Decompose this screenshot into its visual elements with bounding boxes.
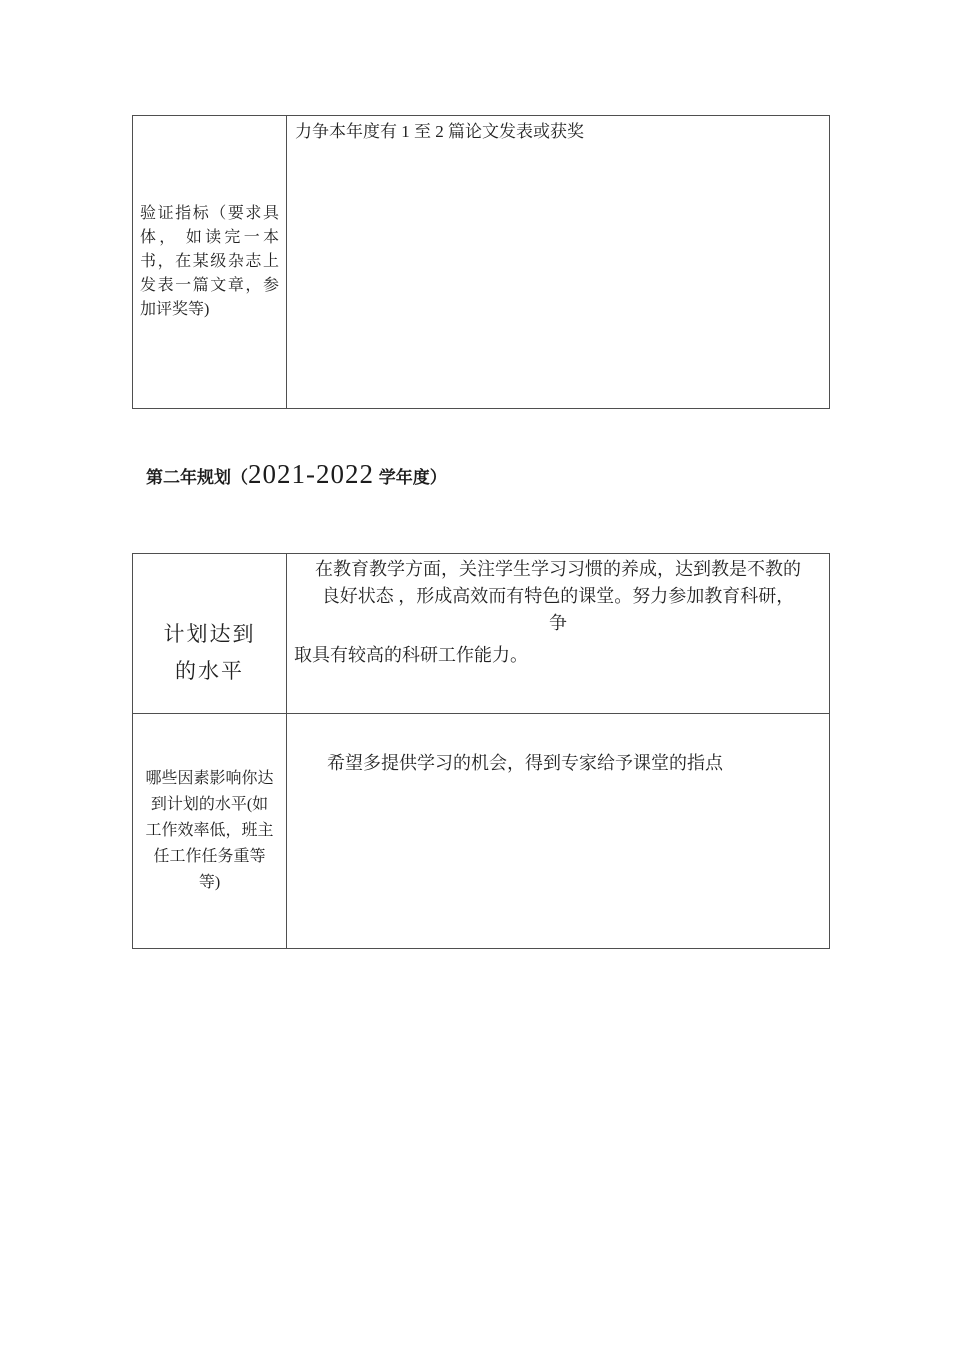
cell-verification-indicators-value: 力争本年度有 1 至 2 篇论文发表或获奖 [287, 116, 830, 409]
text-line: 书，在某级杂志上 [140, 250, 279, 274]
text-line: 发表一篇文章，参 [140, 274, 279, 298]
cell-influencing-factors-label: 哪些因素影响你达 到计划的水平(如 工作效率低，班主 任工作任务重等 等) [133, 714, 287, 949]
heading-year-range: 2021-2022 [248, 459, 374, 489]
document-page: 验证指标（要求具 体， 如读完一本 书，在某级杂志上 发表一篇文章，参 加评奖等… [0, 0, 960, 1357]
text-line: 验证指标（要求具 [140, 202, 279, 226]
text-line: 争 [292, 610, 824, 637]
text-line: 力争本年度有 1 至 2 篇论文发表或获奖 [295, 120, 821, 143]
cell-planned-level-label: 计划达到 的水平 [133, 554, 287, 714]
text-line: 的水平 [134, 653, 285, 690]
verification-indicators-table: 验证指标（要求具 体， 如读完一本 书，在某级杂志上 发表一篇文章，参 加评奖等… [132, 115, 830, 409]
text-line: 到计划的水平(如 [141, 792, 278, 818]
text-line: 良好状态 ，形成高效而有特色的课堂。努力参加教育科研， [292, 583, 824, 610]
second-year-plan-table: 计划达到 的水平 在教育教学方面，关注学生学习习惯的养成，达到教是不教的 良好状… [132, 553, 830, 949]
table-row: 哪些因素影响你达 到计划的水平(如 工作效率低，班主 任工作任务重等 等) 希望… [133, 714, 830, 949]
text-line: 任工作任务重等 [141, 844, 278, 870]
text-line: 在教育教学方面，关注学生学习习惯的养成，达到教是不教的 [292, 556, 824, 583]
cell-influencing-factors-value: 希望多提供学习的机会，得到专家给予课堂的指点 [287, 714, 830, 949]
heading-prefix: 第二年规划（ [146, 468, 248, 487]
section-heading-second-year-plan: 第二年规划（2021-2022 学年度） [146, 456, 447, 496]
cell-verification-indicators-label: 验证指标（要求具 体， 如读完一本 书，在某级杂志上 发表一篇文章，参 加评奖等… [133, 116, 287, 409]
text-line: 工作效率低，班主 [141, 818, 278, 844]
text-line: 体， 如读完一本 [140, 226, 279, 250]
text-line: 哪些因素影响你达 [141, 766, 278, 792]
table-row: 计划达到 的水平 在教育教学方面，关注学生学习习惯的养成，达到教是不教的 良好状… [133, 554, 830, 714]
heading-suffix: 学年度） [374, 468, 447, 487]
table-row: 验证指标（要求具 体， 如读完一本 书，在某级杂志上 发表一篇文章，参 加评奖等… [133, 116, 830, 409]
text-line: 加评奖等) [140, 298, 279, 322]
text-line: 取具有较高的科研工作能力。 [292, 642, 824, 669]
cell-planned-level-value: 在教育教学方面，关注学生学习习惯的养成，达到教是不教的 良好状态 ，形成高效而有… [287, 554, 830, 714]
text-line: 等) [141, 870, 278, 896]
text-line: 希望多提供学习的机会，得到专家给予课堂的指点 [327, 750, 817, 777]
text-line: 计划达到 [134, 616, 285, 653]
